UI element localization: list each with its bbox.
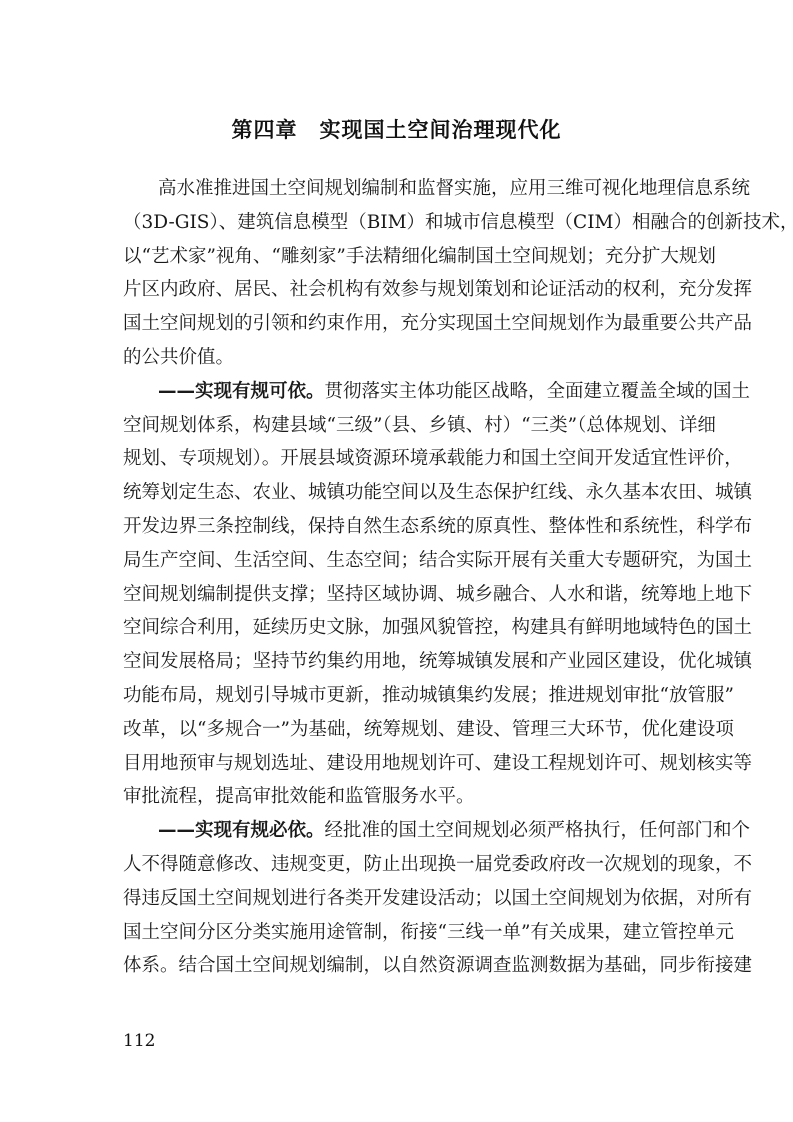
text-line: 高水准推进国土空间规划编制和监督实施，应用三维可视化地理信息系统: [123, 172, 689, 206]
text-run: 经批准的国土空间规划必须严格执行，任何部门和个: [325, 820, 751, 841]
text-line: 目用地预审与规划选址、建设用地规划许可、建设工程规划许可、规划核实等: [123, 747, 689, 781]
text-line: 片区内政府、居民、社会机构有效参与规划策划和论证活动的权利，充分发挥: [123, 273, 689, 307]
text-line: 体系。结合国土空间规划编制，以自然资源调查监测数据为基础，同步衔接建: [123, 949, 689, 983]
text-line: 空间综合利用，延续历史文脉，加强风貌管控，构建具有鲜明地域特色的国土: [123, 611, 689, 645]
text-line: 人不得随意修改、违规变更，防止出现换一届党委政府改一次规划的现象，不: [123, 848, 689, 882]
text-line: 得违反国土空间规划进行各类开发建设活动；以国土空间规划为依据，对所有: [123, 882, 689, 916]
text-line: 空间规划体系，构建县域“三级”（县、乡镇、村）“三类”（总体规划、详细: [123, 409, 689, 443]
text-line: 改革，以“多规合一”为基础，统筹规划、建设、管理三大环节，优化建设项: [123, 713, 689, 747]
document-page: 第四章实现国土空间治理现代化 高水准推进国土空间规划编制和监督实施，应用三维可视…: [0, 0, 793, 1122]
text-line: 审批流程，提高审批效能和监管服务水平。: [123, 780, 689, 814]
text-line: 的公共价值。: [123, 341, 689, 375]
section-lead: ——实现有规必依。: [158, 820, 325, 841]
chapter-heading: 第四章实现国土空间治理现代化: [0, 114, 793, 144]
paragraph-lead-line: ——实现有规必依。经批准的国土空间规划必须严格执行，任何部门和个: [123, 814, 689, 848]
text-line: （3D-GIS）、建筑信息模型（BIM）和城市信息模型（CIM）相融合的创新技术…: [123, 206, 689, 240]
section-lead: ——实现有规可依。: [158, 381, 325, 402]
page-number: 112: [123, 1031, 155, 1051]
text-line: 以“艺术家”视角、“雕刻家”手法精细化编制国土空间规划；充分扩大规划: [123, 240, 689, 274]
text-line: 规划、专项规划）。开展县域资源环境承载能力和国土空间开发适宜性评价，: [123, 442, 689, 476]
chapter-title: 实现国土空间治理现代化: [320, 118, 562, 142]
text-line: 统筹划定生态、农业、城镇功能空间以及生态保护红线、永久基本农田、城镇: [123, 476, 689, 510]
text-line: 开发边界三条控制线，保持自然生态系统的原真性、整体性和系统性，科学布: [123, 510, 689, 544]
text-line: 空间发展格局；坚持节约集约用地，统筹城镇发展和产业园区建设，优化城镇: [123, 645, 689, 679]
text-line: 国土空间规划的引领和约束作用，充分实现国土空间规划作为最重要公共产品: [123, 307, 689, 341]
paragraph-lead-line: ——实现有规可依。贯彻落实主体功能区战略，全面建立覆盖全域的国土: [123, 375, 689, 409]
chapter-number: 第四章: [232, 118, 298, 142]
text-line: 局生产空间、生活空间、生态空间；结合实际开展有关重大专题研究，为国土: [123, 544, 689, 578]
body-text: 高水准推进国土空间规划编制和监督实施，应用三维可视化地理信息系统 （3D-GIS…: [123, 172, 689, 983]
text-line: 国土空间分区分类实施用途管制，衔接“三线一单”有关成果，建立管控单元: [123, 916, 689, 950]
text-run: 贯彻落实主体功能区战略，全面建立覆盖全域的国土: [325, 381, 751, 402]
text-line: 空间规划编制提供支撑；坚持区域协调、城乡融合、人水和谐，统筹地上地下: [123, 578, 689, 612]
text-line: 功能布局，规划引导城市更新，推动城镇集约发展；推进规划审批“放管服”: [123, 679, 689, 713]
